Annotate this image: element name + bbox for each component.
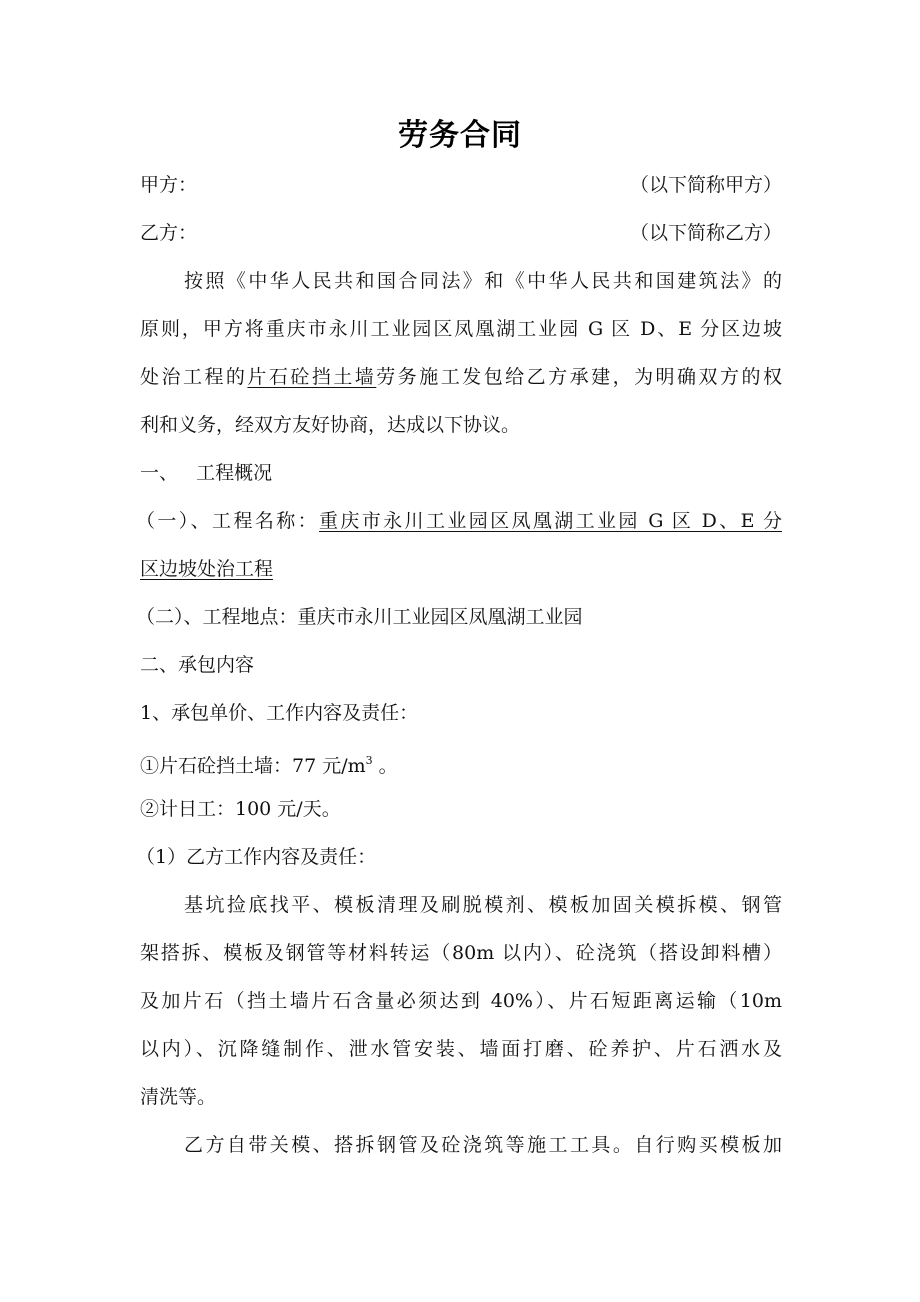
price-item-1-end: 。 (373, 755, 398, 777)
preamble-line-3-pre: 处治工程的 (140, 366, 247, 388)
project-name-value-cont: 区边坡处治工程 (140, 558, 273, 580)
price-item-1: ①片石砼挡土墙：77 元/m3 。 (140, 746, 782, 781)
party-a-line: 甲方： （以下简称甲方） (140, 170, 782, 200)
section-2-heading: 二、承包内容 (140, 650, 782, 680)
preamble-line-3: 处治工程的片石砼挡土墙劳务施工发包给乙方承建，为明确双方的权 (140, 362, 782, 392)
section-1-heading: 一、 工程概况 (140, 458, 782, 488)
duties-line-4: 以内）、沉降缝制作、泄水管安装、墙面打磨、砼养护、片石洒水及 (140, 1034, 782, 1064)
party-b-note: （以下简称乙方） (630, 218, 782, 248)
price-item-1-superscript: 3 (366, 754, 373, 767)
tools-line-1: 乙方自带关模、搭拆钢管及砼浇筑等施工工具。自行购买模板加 (140, 1130, 782, 1160)
preamble-line-1: 按照《中华人民共和国合同法》和《中华人民共和国建筑法》的 (140, 266, 782, 296)
duties-line-5: 清洗等。 (140, 1082, 782, 1112)
project-location-value: 重庆市永川工业园区凤凰湖工业园 (298, 606, 583, 628)
document-page: 劳务合同 甲方： （以下简称甲方） 乙方： （以下简称乙方） 按照《中华人民共和… (0, 0, 920, 1302)
preamble-line-4: 利和义务，经双方友好协商，达成以下协议。 (140, 410, 782, 440)
project-location-label: （二）、工程地点： (136, 606, 298, 628)
project-name-label: （一）、工程名称： (136, 510, 319, 532)
party-b-duties-heading: （1）乙方工作内容及责任： (136, 842, 778, 872)
party-b-line: 乙方： （以下简称乙方） (140, 218, 782, 248)
preamble-line-3-post: 劳务施工发包给乙方承建，为明确双方的权 (376, 366, 782, 388)
document-title: 劳务合同 (0, 112, 920, 160)
unit-price-heading: 1、承包单价、工作内容及责任： (140, 698, 782, 728)
duties-line-2: 架搭拆、模板及钢管等材料转运（80m 以内）、砼浇筑（搭设卸料槽） (140, 938, 782, 968)
party-a-label: 甲方： (140, 174, 197, 196)
preamble-line-2: 原则，甲方将重庆市永川工业园区凤凰湖工业园 G 区 D、E 分区边坡 (140, 314, 782, 344)
duties-line-3: 及加片石（挡土墙片石含量必须达到 40%）、片石短距离运输（10m (140, 986, 782, 1016)
duties-line-1: 基坑捡底找平、模板清理及刷脱模剂、模板加固关模拆模、钢管 (140, 890, 782, 920)
project-name-value: 重庆市永川工业园区凤凰湖工业园 G 区 D、E 分 (319, 510, 782, 532)
party-b-label: 乙方： (140, 222, 197, 244)
project-name-line-2: 区边坡处治工程 (140, 554, 782, 584)
project-location-line: （二）、工程地点：重庆市永川工业园区凤凰湖工业园 (136, 602, 778, 632)
price-item-2: ②计日工：100 元/天。 (140, 794, 782, 824)
project-name-line-1: （一）、工程名称：重庆市永川工业园区凤凰湖工业园 G 区 D、E 分 (136, 506, 782, 536)
price-item-1-text: ①片石砼挡土墙：77 元/m (140, 755, 366, 777)
party-a-note: （以下简称甲方） (630, 170, 782, 200)
project-scope-underlined: 片石砼挡土墙 (247, 366, 376, 388)
